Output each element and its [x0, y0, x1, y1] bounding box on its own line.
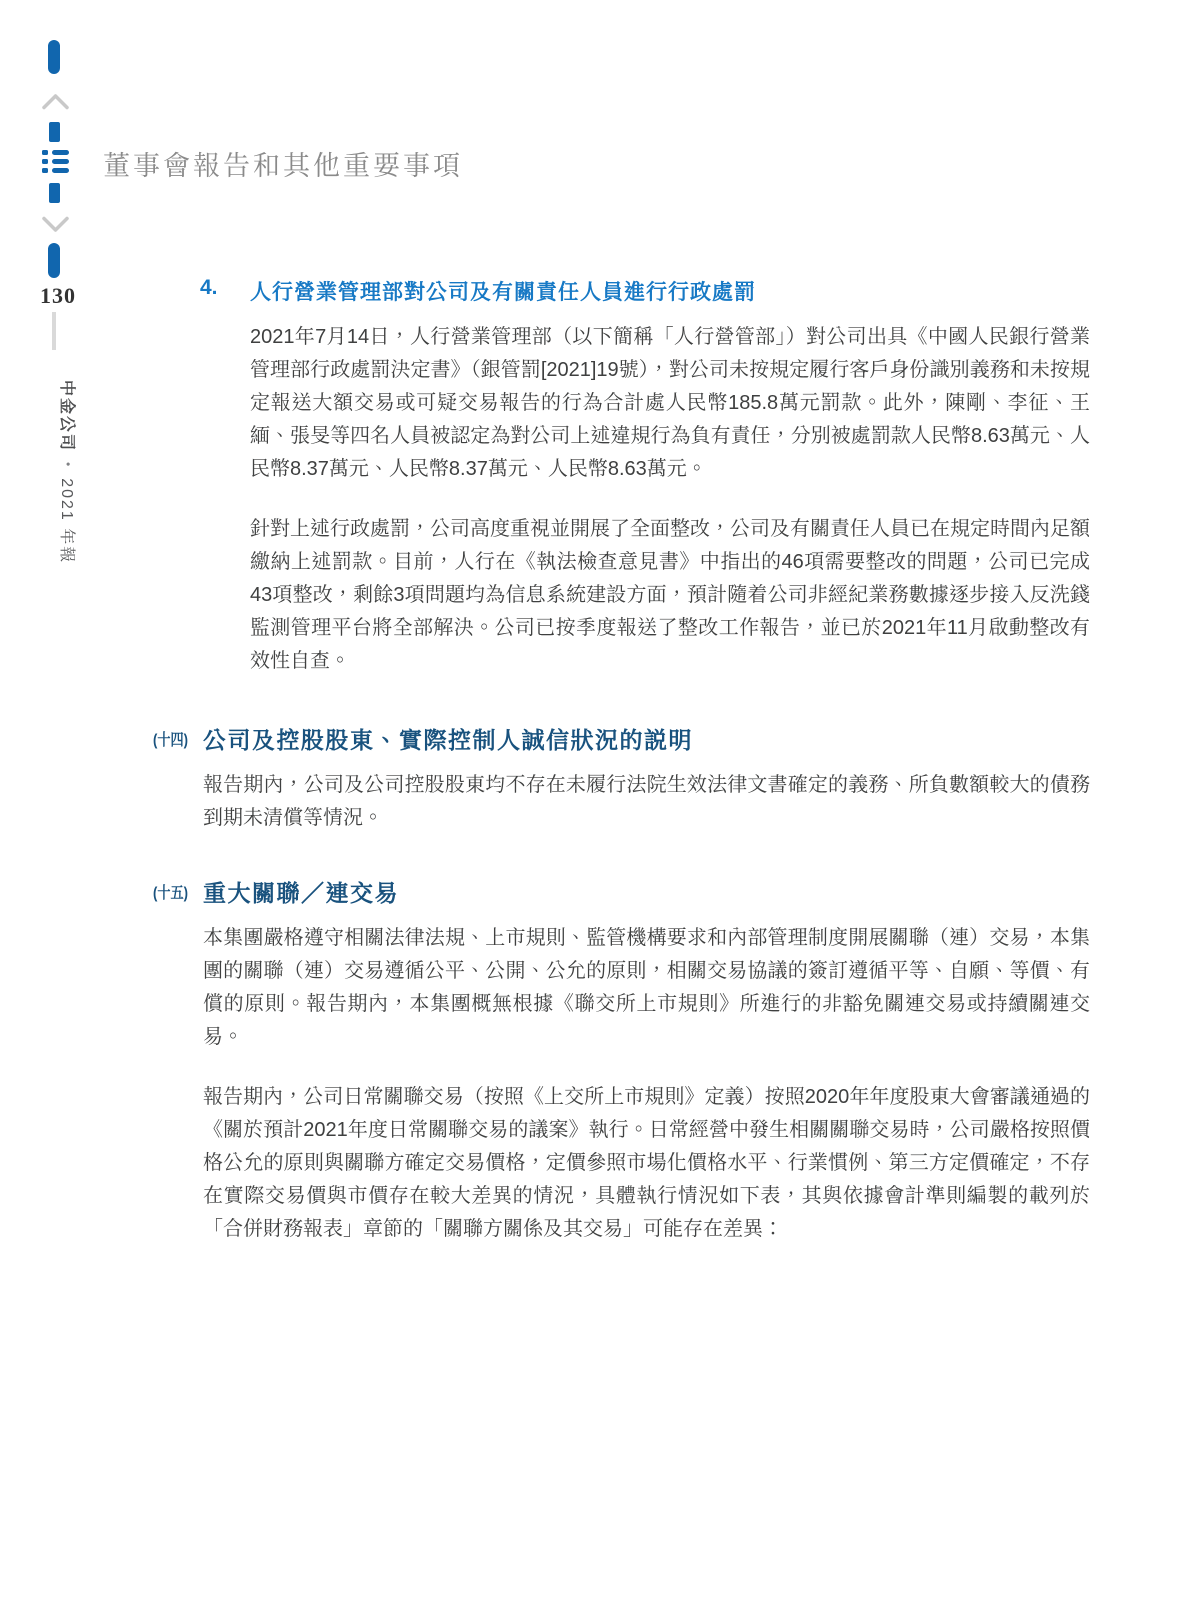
section14-title: 公司及控股股東、實際控制人誠信狀況的説明 — [203, 727, 693, 753]
section4-heading: 4. 人行營業管理部對公司及有關責任人員進行行政處罰 — [103, 276, 1093, 306]
section15-heading: (十五) 重大關聯／連交易 — [103, 875, 1093, 908]
toc-row — [42, 150, 70, 155]
nav-bar-bottom — [48, 243, 60, 278]
toc-row — [42, 159, 70, 164]
page-number: 130 — [40, 283, 80, 309]
section14-heading: (十四) 公司及控股股東、實際控制人誠信狀況的説明 — [103, 722, 1093, 755]
brand-separator-dot: • — [61, 452, 75, 478]
brand-year: 2021 年報 — [58, 478, 75, 564]
section14-prefix: (十四) — [153, 727, 188, 750]
nav-square-bottom[interactable] — [49, 183, 60, 203]
brand-vertical-text: 中金公司•2021 年報 — [57, 380, 80, 564]
brand-company: 中金公司 — [58, 380, 75, 452]
sidebar-nav: 130 中金公司•2021 年報 — [0, 0, 103, 1615]
section14-paragraph-1: 報告期內，公司及公司控股股東均不存在未履行法院生效法律文書確定的義務、所負數額較… — [203, 769, 1090, 835]
nav-bar-top — [48, 40, 60, 74]
toc-row — [42, 168, 70, 173]
chevron-up-icon[interactable] — [42, 93, 69, 110]
section15-paragraph-1: 本集團嚴格遵守相關法律法規、上市規則、監管機構要求和內部管理制度開展關聯（連）交… — [203, 922, 1090, 1054]
chevron-down-icon[interactable] — [42, 216, 69, 233]
section-administrative-penalty: 4. 人行營業管理部對公司及有關責任人員進行行政處罰 2021年7月14日，人行… — [103, 276, 1093, 678]
section4-paragraph-1: 2021年7月14日，人行營業管理部（以下簡稱「人行營管部」）對公司出具《中國人… — [250, 321, 1090, 486]
annual-report-page: 130 中金公司•2021 年報 董事會報告和其他重要事項 4. 人行營業管理部… — [0, 0, 1190, 1615]
section4-title: 人行營業管理部對公司及有關責任人員進行行政處罰 — [250, 281, 756, 304]
nav-square-top[interactable] — [49, 122, 60, 142]
section15-paragraph-2: 報告期內，公司日常關聯交易（按照《上交所上市規則》定義）按照2020年年度股東大… — [203, 1081, 1090, 1246]
section-integrity-statement: (十四) 公司及控股股東、實際控制人誠信狀況的説明 報告期內，公司及公司控股股東… — [103, 722, 1093, 835]
section15-title: 重大關聯／連交易 — [203, 880, 399, 906]
page-number-tick — [52, 312, 56, 350]
chapter-title: 董事會報告和其他重要事項 — [103, 144, 1093, 183]
table-of-contents-icon[interactable] — [42, 150, 70, 173]
section-related-transactions: (十五) 重大關聯／連交易 本集團嚴格遵守相關法律法規、上市規則、監管機構要求和… — [103, 875, 1093, 1246]
section15-prefix: (十五) — [153, 880, 188, 903]
section4-number: 4. — [200, 276, 218, 300]
main-content: 董事會報告和其他重要事項 4. 人行營業管理部對公司及有關責任人員進行行政處罰 … — [103, 0, 1093, 1246]
section4-paragraph-2: 針對上述行政處罰，公司高度重視並開展了全面整改，公司及有關責任人員已在規定時間內… — [250, 513, 1090, 678]
